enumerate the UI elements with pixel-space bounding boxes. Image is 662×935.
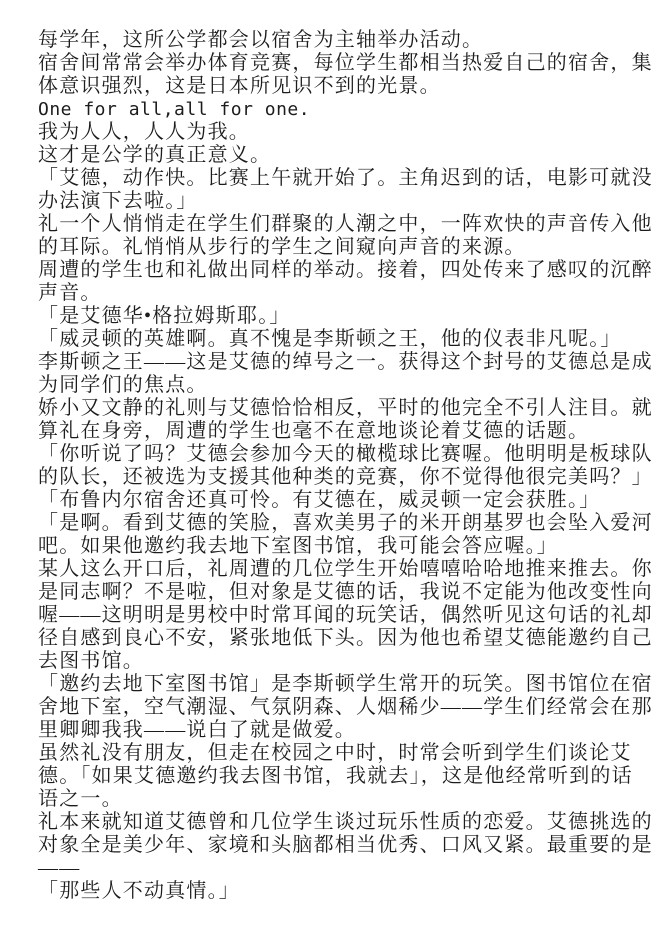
- text-line: 我为人人，人人为我。: [38, 121, 628, 144]
- text-line: 每学年，这所公学都会以宿舍为主轴举办活动。: [38, 29, 628, 52]
- text-line: 周遭的学生也和礼做出同样的举动。接着，四处传来了感叹的沉醉: [38, 259, 628, 282]
- text-line: 「那些人不动真情。」: [38, 880, 628, 903]
- text-line: 这才是公学的真正意义。: [38, 144, 628, 167]
- text-line: 礼一个人悄悄走在学生们群聚的人潮之中，一阵欢快的声音传入他: [38, 213, 628, 236]
- text-line: 办法演下去啦。」: [38, 190, 628, 213]
- text-line: 是同志啊？不是啦，但对象是艾德的话，我说不定能为他改变性向: [38, 581, 628, 604]
- text-line: 为同学们的焦点。: [38, 374, 628, 397]
- text-line: 舍地下室，空气潮湿、气氛阴森、人烟稀少——学生们经常会在那: [38, 696, 628, 719]
- text-line: 对象全是美少年、家境和头脑都相当优秀、口风又紧。最重要的是: [38, 834, 628, 857]
- text-line: 「威灵顿的英雄啊。真不愧是李斯顿之王，他的仪表非凡呢。」: [38, 328, 628, 351]
- text-line: 礼本来就知道艾德曾和几位学生谈过玩乐性质的恋爱。艾德挑选的: [38, 811, 628, 834]
- text-line: 宿舍间常常会举办体育竞赛，每位学生都相当热爱自己的宿舍，集: [38, 52, 628, 75]
- text-line: 「邀约去地下室图书馆」是李斯顿学生常开的玩笑。图书馆位在宿: [38, 673, 628, 696]
- page-text: 每学年，这所公学都会以宿舍为主轴举办活动。 宿舍间常常会举办体育竞赛，每位学生都…: [0, 0, 662, 935]
- text-line: 德。「如果艾德邀约我去图书馆，我就去」，这是他经常听到的话: [38, 765, 628, 788]
- text-line: 「艾德，动作快。比赛上午就开始了。主角迟到的话，电影可就没: [38, 167, 628, 190]
- text-line: 「是啊。看到艾德的笑脸，喜欢美男子的米开朗基罗也会坠入爱河: [38, 512, 628, 535]
- text-line: 喔——这明明是男校中时常耳闻的玩笑话，偶然听见这句话的礼却: [38, 604, 628, 627]
- text-line: 「是艾德华•格拉姆斯耶。」: [38, 305, 628, 328]
- text-line: 的耳际。礼悄悄从步行的学生之间窥向声音的来源。: [38, 236, 628, 259]
- text-line: 体意识强烈，这是日本所见识不到的光景。: [38, 75, 628, 98]
- text-line: ——: [38, 857, 628, 880]
- text-line: 娇小又文静的礼则与艾德恰恰相反，平时的他完全不引人注目。就: [38, 397, 628, 420]
- text-line: 里卿卿我我——说白了就是做爱。: [38, 719, 628, 742]
- text-line: 「你听说了吗？艾德会参加今天的橄榄球比赛喔。他明明是板球队: [38, 443, 628, 466]
- text-line: 的队长，还被选为支援其他种类的竞赛，你不觉得他很完美吗？」: [38, 466, 628, 489]
- text-line: 虽然礼没有朋友，但走在校园之中时，时常会听到学生们谈论艾: [38, 742, 628, 765]
- text-line: 声音。: [38, 282, 628, 305]
- text-line: 去图书馆。: [38, 650, 628, 673]
- text-line: 算礼在身旁，周遭的学生也毫不在意地谈论着艾德的话题。: [38, 420, 628, 443]
- text-line: 径自感到良心不安，紧张地低下头。因为他也希望艾德能邀约自己: [38, 627, 628, 650]
- text-line: 「布鲁内尔宿舍还真可怜。有艾德在，威灵顿一定会获胜。」: [38, 489, 628, 512]
- text-line: 李斯顿之王——这是艾德的绰号之一。获得这个封号的艾德总是成: [38, 351, 628, 374]
- text-line: 吧。如果他邀约我去地下室图书馆，我可能会答应喔。」: [38, 535, 628, 558]
- text-line-english: One for all,all for one.: [38, 98, 628, 121]
- text-line: 某人这么开口后，礼周遭的几位学生开始嘻嘻哈哈地推来推去。你: [38, 558, 628, 581]
- text-line: 语之一。: [38, 788, 628, 811]
